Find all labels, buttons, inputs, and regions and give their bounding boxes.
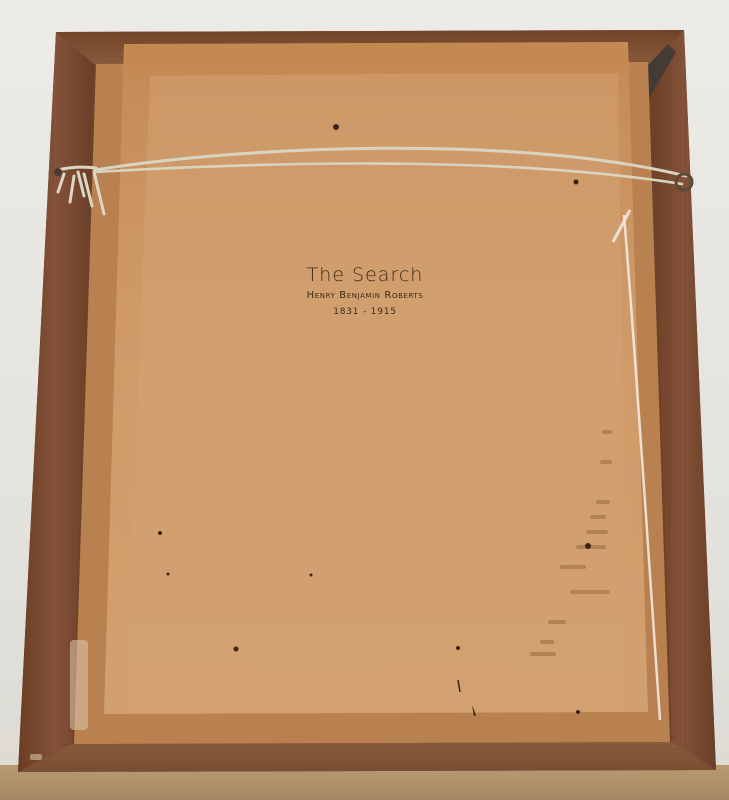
- artist-dates: 1831 - 1915: [250, 304, 480, 320]
- artwork-title: The Search: [250, 262, 480, 288]
- backing-inscription: The Search Henry Benjamin Roberts 1831 -…: [250, 262, 480, 320]
- photo-scene: The Search Henry Benjamin Roberts 1831 -…: [0, 0, 729, 800]
- picture-frame-back: [0, 0, 729, 800]
- artist-name: Henry Benjamin Roberts: [250, 288, 480, 304]
